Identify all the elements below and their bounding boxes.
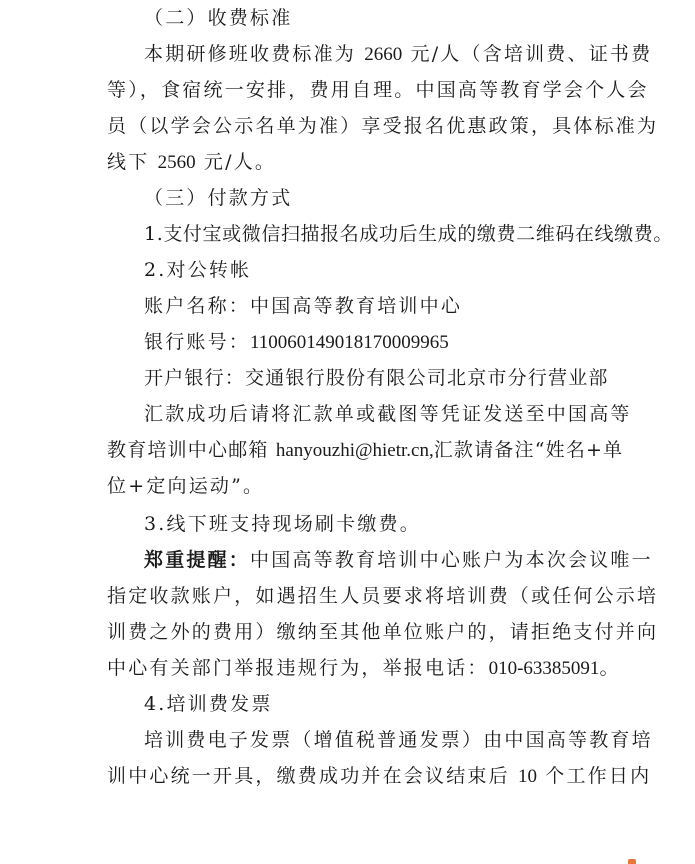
text: 线下 <box>107 151 158 173</box>
payment-item-3: 3.线下班支持现场刷卡缴费。 <box>144 506 421 542</box>
bank-account-row: 银行账号：110060149018170009965 <box>144 324 449 360</box>
account-name-label: 账户名称： <box>144 295 250 317</box>
text: 教育培训中心邮箱 <box>107 439 276 461</box>
fee-paragraph-line-2: 等），食宿统一安排，费用自理。中国高等教育学会个人会 <box>107 72 649 108</box>
notice-line-4: 中心有关部门举报违规行为，举报电话：010-63385091。 <box>107 650 621 686</box>
fee-paragraph-line-3: 员（以学会公示名单为准）享受报名优惠政策，具体标准为 <box>107 108 658 144</box>
bank-value: 交通银行股份有限公司北京市分行营业部 <box>245 367 609 389</box>
account-name-value: 中国高等教育培训中心 <box>250 295 462 317</box>
text: 3.线下班支持现场刷卡缴费。 <box>144 513 421 535</box>
bank-row: 开户银行：交通银行股份有限公司北京市分行营业部 <box>144 360 609 396</box>
bank-label: 开户银行： <box>144 367 245 389</box>
email-address: hanyouzhi@hietr.cn, <box>276 440 434 461</box>
text: 2.对公转帐 <box>144 259 251 281</box>
fee-amount: 2660 <box>364 44 402 65</box>
invoice-line-2: 训中心统一开具，缴费成功并在会议结束后 10 个工作日内 <box>107 758 651 794</box>
text: 中国高等教育培训中心账户为本次会议唯一 <box>250 549 653 571</box>
notice-line-2: 指定收款账户，如遇招生人员要求将培训费（或任何公示培 <box>107 578 658 614</box>
payment-item-1: 1.支付宝或微信扫描报名成功后生成的缴费二维码在线缴费。 <box>144 216 673 252</box>
notice-line-3: 训费之外的费用）缴纳至其他单位账户的，请拒绝支付并向 <box>107 614 658 650</box>
text: 训中心统一开具，缴费成功并在会议结束后 <box>107 765 518 787</box>
text: 本期研修班收费标准为 <box>144 43 364 65</box>
text: 。 <box>599 657 620 679</box>
text: 中心有关部门举报违规行为，举报电话： <box>107 657 489 679</box>
remit-line-2: 教育培训中心邮箱 hanyouzhi@hietr.cn,汇款请备注“姓名+单 <box>107 432 623 468</box>
bank-account-value: 110060149018170009965 <box>250 332 449 353</box>
heading-text: （三）付款方式 <box>144 187 292 209</box>
fee-paragraph-line-4: 线下 2560 元/人。 <box>107 144 276 180</box>
text: 汇款请备注“姓名+单 <box>434 439 624 461</box>
text: 指定收款账户，如遇招生人员要求将培训费（或任何公示培 <box>107 585 658 607</box>
account-name-row: 账户名称：中国高等教育培训中心 <box>144 288 462 324</box>
payment-item-2: 2.对公转帐 <box>144 252 251 288</box>
text: 汇款成功后请将汇款单或截图等凭证发送至中国高等 <box>144 403 632 425</box>
text: 员（以学会公示名单为准）享受报名优惠政策，具体标准为 <box>107 115 658 137</box>
text: 训费之外的费用）缴纳至其他单位账户的，请拒绝支付并向 <box>107 621 658 643</box>
payment-item-4: 4.培训费发票 <box>144 686 273 722</box>
notice-line-1: 郑重提醒：中国高等教育培训中心账户为本次会议唯一 <box>144 542 653 578</box>
notice-label: 郑重提醒： <box>144 549 250 571</box>
invoice-line-1: 培训费电子发票（增值税普通发票）由中国高等教育培 <box>144 722 653 758</box>
text: 等），食宿统一安排，费用自理。中国高等教育学会个人会 <box>107 79 649 101</box>
scan-artifact-mark <box>628 859 636 864</box>
heading-text: （二）收费标准 <box>144 7 292 29</box>
remit-line-3: 位+定向运动”。 <box>107 468 264 504</box>
bank-account-label: 银行账号： <box>144 331 250 353</box>
remit-line-1: 汇款成功后请将汇款单或截图等凭证发送至中国高等 <box>144 396 632 432</box>
report-phone-number: 010-63385091 <box>489 658 600 679</box>
fee-paragraph-line-1: 本期研修班收费标准为 2660 元/人（含培训费、证书费 <box>144 36 652 72</box>
text: 位+定向运动”。 <box>107 475 264 497</box>
working-days-count: 10 <box>518 766 537 787</box>
text: 培训费电子发票（增值税普通发票）由中国高等教育培 <box>144 729 653 751</box>
section-heading-payment-method: （三）付款方式 <box>144 180 292 216</box>
text: 1.支付宝或微信扫描报名成功后生成的缴费二维码在线缴费。 <box>144 223 673 245</box>
member-fee-amount: 2560 <box>158 152 196 173</box>
text: 元/人。 <box>196 151 276 173</box>
text: 个工作日内 <box>537 765 651 787</box>
text: 4.培训费发票 <box>144 693 273 715</box>
section-heading-fee-standard: （二）收费标准 <box>144 0 292 36</box>
text: 元/人（含培训费、证书费 <box>402 43 652 65</box>
